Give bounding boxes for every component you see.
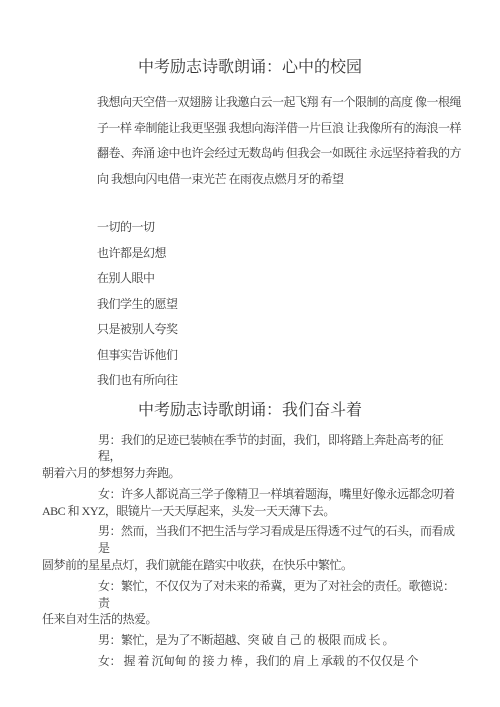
- dialogue-line: ABC 和 XYZ，眼镜片一天天厚起来，头发一天天薄下去。: [42, 503, 458, 520]
- verse-line: 我们也有所向往: [97, 368, 458, 394]
- poem-line: 向 我想向闪电借一束光芒 在雨夜点燃月牙的希望: [97, 167, 458, 193]
- dialogue-paragraph: 女：繁忙，不仅仅为了对未来的希冀，更为了对社会的责任。歌德说：责 任来自对生活的…: [42, 578, 458, 628]
- dialogue-line: 男：然而，当我们不把生活与学习看成是压得透不过气的石头，而看成是: [42, 523, 458, 557]
- dialogue-line: 任来自对生活的热爱。: [42, 611, 458, 628]
- dialogue-section: 男：我们的足迹已装帧在季节的封面，我们，即将踏上奔赴高考的征程， 朝着六月的梦想…: [42, 432, 458, 670]
- poem-line: 翻卷、奔涌 途中也许会经过无数岛屿 但我会一如既往 永远坚持着我的方: [97, 141, 458, 167]
- dialogue-paragraph: 男：我们的足迹已装帧在季节的封面，我们，即将踏上奔赴高考的征程， 朝着六月的梦想…: [42, 432, 458, 482]
- verse-stanza: 一切的一切 也许都是幻想 在别人眼中 我们学生的愿望 只是被别人夸奖 但事实告诉…: [97, 215, 458, 394]
- document-page: 中考励志诗歌朗诵：心中的校园 我想向天空借一双翅膀 让我邀白云一起飞翔 有一个限…: [0, 0, 500, 707]
- poem-line: 子一样 牵制能让我更坚强 我想向海洋借一片巨浪 让我像所有的海浪一样: [97, 116, 458, 142]
- dialogue-line: 男：繁忙，是为了不断超越、突 破 自 己 的 极限 而成 长 。: [42, 632, 458, 649]
- verse-line: 但事实告诉他们: [97, 343, 458, 369]
- dialogue-line: 圆梦前的星星点灯，我们就能在踏实中收获，在快乐中繁忙。: [42, 557, 458, 574]
- dialogue-line: 女：许多人都说高三学子像精卫一样填着题海，嘴里好像永远都念叨着: [42, 486, 458, 503]
- verse-line: 只是被别人夸奖: [97, 317, 458, 343]
- dialogue-paragraph: 男：然而，当我们不把生活与学习看成是压得透不过气的石头，而看成是 圆梦前的星星点…: [42, 523, 458, 573]
- dialogue-line: 女： 握 着 沉甸甸 的 接 力 棒 ，我们的 肩 上 承载 的不仅仅是 个: [42, 653, 458, 670]
- poem-title: 中考励志诗歌朗诵：心中的校园: [42, 57, 458, 79]
- verse-line: 一切的一切: [97, 215, 458, 241]
- verse-line: 也许都是幻想: [97, 241, 458, 267]
- dialogue-paragraph: 女：许多人都说高三学子像精卫一样填着题海，嘴里好像永远都念叨着 ABC 和 XY…: [42, 486, 458, 520]
- dialogue-line: 男：我们的足迹已装帧在季节的封面，我们，即将踏上奔赴高考的征程，: [42, 432, 458, 466]
- poem-line: 我想向天空借一双翅膀 让我邀白云一起飞翔 有一个限制的高度 像一根绳: [97, 90, 458, 116]
- dialogue-paragraph: 男：繁忙，是为了不断超越、突 破 自 己 的 极限 而成 长 。: [42, 632, 458, 649]
- dialogue-line: 朝着六月的梦想努力奔跑。: [42, 465, 458, 482]
- dialogue-line: 女：繁忙，不仅仅为了对未来的希冀，更为了对社会的责任。歌德说：责: [42, 578, 458, 612]
- poem-paragraph: 我想向天空借一双翅膀 让我邀白云一起飞翔 有一个限制的高度 像一根绳 子一样 牵…: [97, 90, 458, 192]
- verse-line: 我们学生的愿望: [97, 292, 458, 318]
- verse-line: 在别人眼中: [97, 266, 458, 292]
- dialogue-paragraph: 女： 握 着 沉甸甸 的 接 力 棒 ，我们的 肩 上 承载 的不仅仅是 个: [42, 653, 458, 670]
- dialogue-title: 中考励志诗歌朗诵：我们奋斗着: [42, 400, 458, 422]
